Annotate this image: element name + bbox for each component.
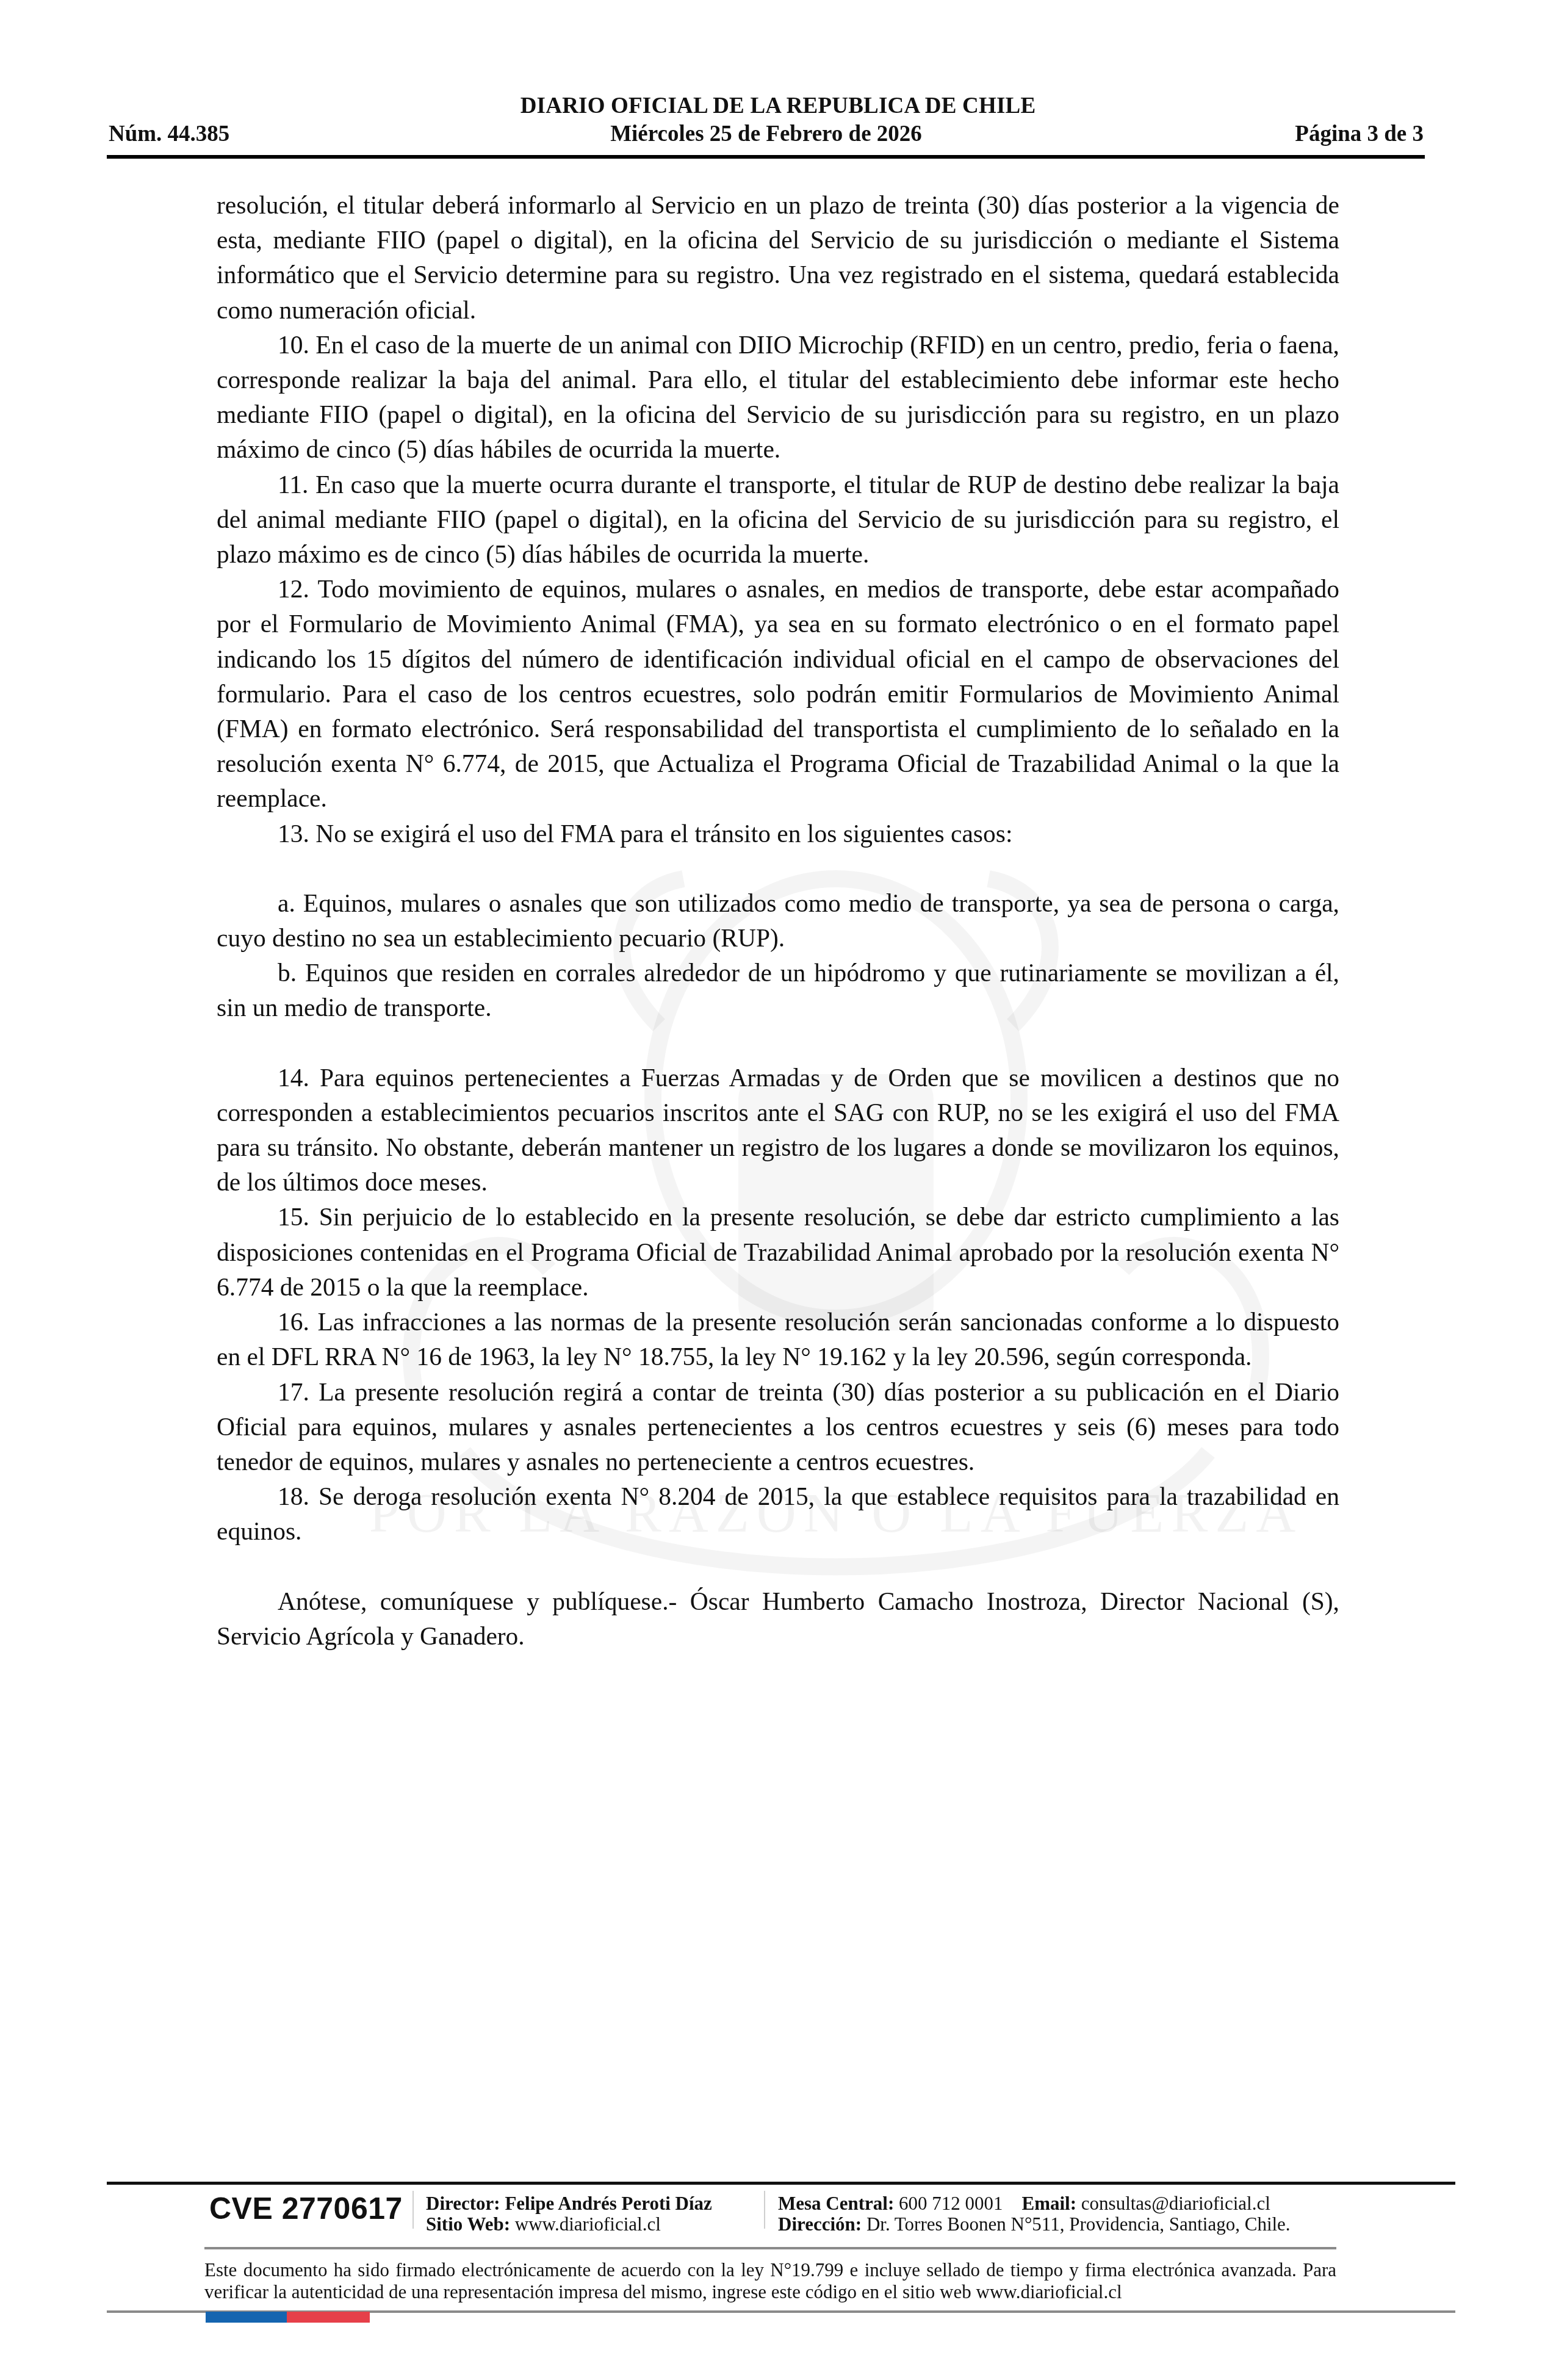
paragraph-12: 12. Todo movimiento de equinos, mulares … xyxy=(217,572,1339,816)
website-link[interactable]: www.diarioficial.cl xyxy=(515,2213,661,2235)
footer-separator xyxy=(764,2191,765,2229)
publication-date: Miércoles 25 de Febrero de 2026 xyxy=(109,121,1424,147)
paragraph-18: 18. Se deroga resolución exenta N° 8.204… xyxy=(217,1479,1339,1549)
spacer xyxy=(217,851,1339,886)
header-divider xyxy=(107,155,1425,159)
header-row: Núm. 44.385 Miércoles 25 de Febrero de 2… xyxy=(109,121,1424,149)
paragraph-13: 13. No se exigirá el uso del FMA para el… xyxy=(217,817,1339,851)
email-label: Email: xyxy=(1022,2193,1077,2214)
document-body: resolución, el titular deberá informarlo… xyxy=(217,188,1339,1654)
paragraph-11: 11. En caso que la muerte ocurra durante… xyxy=(217,467,1339,572)
paragraph-13-a: a. Equinos, mulares o asnales que son ut… xyxy=(217,886,1339,956)
director-label: Director: xyxy=(426,2193,500,2214)
address-label: Dirección: xyxy=(778,2213,862,2235)
cve-code: CVE 2770617 xyxy=(209,2191,403,2226)
address-text: Dr. Torres Boonen N°511, Providencia, Sa… xyxy=(866,2213,1291,2235)
footer-divider-top xyxy=(107,2182,1455,2185)
website-label: Sitio Web: xyxy=(426,2213,510,2235)
footer-separator xyxy=(412,2191,414,2229)
footer-director-block: Director: Felipe Andrés Peroti Díaz Siti… xyxy=(426,2193,712,2235)
spacer xyxy=(217,1026,1339,1061)
phone-label: Mesa Central: xyxy=(778,2193,894,2214)
signature-paragraph: Anótese, comuníquese y publíquese.- Ósca… xyxy=(217,1584,1339,1654)
paragraph-17: 17. La presente resolución regirá a cont… xyxy=(217,1375,1339,1480)
spacer xyxy=(217,1549,1339,1584)
footer-contact-block: Mesa Central: 600 712 0001 Email: consul… xyxy=(778,2193,1291,2235)
flag-stripe-red xyxy=(287,2312,370,2323)
paragraph-16: 16. Las infracciones a las normas de la … xyxy=(217,1305,1339,1374)
page-indicator: Página 3 de 3 xyxy=(1295,121,1424,147)
footer-divider-mid xyxy=(204,2247,1336,2249)
publication-title: DIARIO OFICIAL DE LA REPUBLICA DE CHILE xyxy=(0,93,1556,119)
paragraph-15: 15. Sin perjuicio de lo establecido en l… xyxy=(217,1200,1339,1305)
paragraph-13-b: b. Equinos que residen en corrales alred… xyxy=(217,956,1339,1025)
flag-stripe-blue xyxy=(206,2312,287,2323)
phone-number: 600 712 0001 xyxy=(899,2193,1003,2214)
signature-disclaimer: Este documento ha sido firmado electróni… xyxy=(204,2259,1336,2303)
paragraph-10: 10. En el caso de la muerte de un animal… xyxy=(217,328,1339,467)
paragraph-14: 14. Para equinos pertenecientes a Fuerza… xyxy=(217,1061,1339,1200)
email-link[interactable]: consultas@diarioficial.cl xyxy=(1081,2193,1270,2214)
paragraph-continuation: resolución, el titular deberá informarlo… xyxy=(217,188,1339,328)
director-name: Felipe Andrés Peroti Díaz xyxy=(505,2193,712,2214)
